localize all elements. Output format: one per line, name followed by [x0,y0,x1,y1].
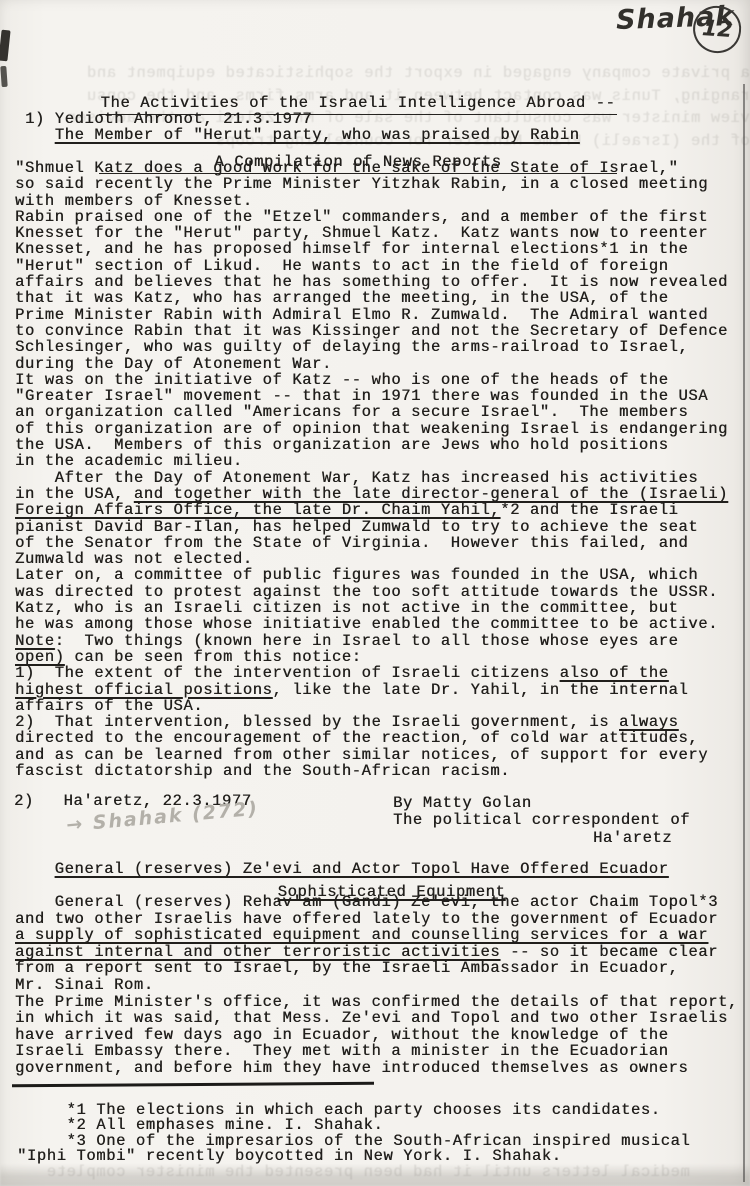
scan-edge-artifact [0,66,7,87]
typed-line: he was among those whose initiative enab… [15,616,728,632]
typed-line: 1) The extent of the intervention of Isr… [15,665,728,681]
typed-line: directed to the encouragement of the rea… [15,730,728,746]
typed-line: "Shmuel Katz does a good work for the sa… [15,160,728,176]
scan-edge-artifact [0,30,11,62]
typed-line: an organization called "Americans for a … [15,404,728,420]
typed-line: of this organization are of opinion that… [15,421,728,437]
typed-line: 2) That intervention, blessed by the Isr… [15,714,728,730]
typed-line: to convince Rabin that it was Kissinger … [15,323,728,339]
article-1-body: "Shmuel Katz does a good work for the sa… [15,160,728,779]
typed-line: General (reserves) Rehav'am (Gandi) Ze'e… [15,894,738,911]
typed-line: open) can be seen from this notice: [15,649,728,665]
typed-line: The Member of "Herut" party, who was pra… [25,127,580,143]
typed-line: that it was Katz, who has arranged the m… [15,290,728,306]
article-1-header: 1) Yedioth Ahronot, 21.3.1977 The Member… [25,111,580,143]
typed-line: affairs of the USA. [15,698,728,714]
typed-line: Schlesinger, who was guilty of delaying … [15,339,728,355]
typed-line: Rabin praised one of the "Etzel" command… [15,209,728,225]
typed-line: "Iphi Tombi" recently boycotted in New Y… [17,1149,690,1164]
typed-line: so said recently the Prime Minister Yitz… [15,176,728,192]
byline-role: The political correspondent of [393,811,690,829]
typed-line: in the USA, and together with the late d… [15,486,728,502]
typed-line: Prime Minister Rabin with Admiral Elmo R… [15,307,728,323]
typed-line: a supply of sophisticated equipment and … [15,927,738,944]
typed-line: After the Day of Atonement War, Katz has… [15,470,728,486]
typed-line: government, and before him they have int… [15,1060,738,1077]
footnotes: *1 The elections in which each party cho… [17,1103,690,1164]
typed-line: with members of Knesset. [15,193,728,209]
typed-line: Knesset, and he has proposed himself for… [15,241,728,257]
typed-line: affairs and believes that he has somethi… [15,274,728,290]
typed-line: It was on the initiative of Katz -- who … [15,372,728,388]
typed-line: Zumwald was not elected. [15,551,728,567]
typed-line: "Greater Israel" movement -- that in 197… [15,388,728,404]
byline-author: By Matty Golan [393,794,532,812]
typed-line: fascist dictatorship and the South-Afric… [15,763,728,779]
document-page: a private company engaged in export the … [0,0,750,1186]
typed-line: Knesset for the "Herut" party, Shmuel Ka… [15,225,728,241]
typed-line: 1) Yedioth Ahronot, 21.3.1977 [25,111,580,127]
typed-line: "Herut" section of Likud. He wants to ac… [15,258,728,274]
typed-line: and two other Israelis have offered late… [15,911,738,928]
typed-line: was directed to protest against the too … [15,584,728,600]
typed-line: from a report sent to Israel, by the Isr… [15,960,738,977]
typed-line: Katz, who is an Israeli citizen is not a… [15,600,728,616]
typed-line: Israeli Embassy there. They met with a m… [15,1043,738,1060]
typed-line: highest official positions, like the lat… [15,682,728,698]
typed-line: pianist David Bar-Ilan, has helped Zumwa… [15,519,728,535]
typed-line: the USA. Members of this organization ar… [15,437,728,453]
footnote-separator [12,1082,374,1087]
typed-line: and as can be learned from other similar… [15,747,728,763]
typed-line: The Prime Minister's office, it was conf… [15,994,738,1011]
typed-line: in the academic milieu. [15,453,728,469]
typed-line: of the Senator from the State of Virgini… [15,535,728,551]
typed-line: in which it was said, that Mess. Ze'evi … [15,1010,738,1027]
bleed-through-artifact: medical letters until it had been presen… [70,1163,690,1181]
scan-edge-artifact [743,84,745,1182]
typed-line: against internal and other terroristic a… [15,944,738,961]
typed-line: Note: Two things (known here in Israel t… [15,633,728,649]
typed-line: during the Day of Atonement War. [15,356,728,372]
typed-line: Mr. Sinai Rom. [15,977,738,994]
article-2-body: General (reserves) Rehav'am (Gandi) Ze'e… [15,894,738,1077]
typed-line: Foreign Affairs Office, the late Dr. Cha… [15,502,728,518]
circled-page-number: 12 [701,16,733,43]
typed-line: Later on, a committee of public figures … [15,567,728,583]
typed-line: have arrived few days ago in Ecuador, wi… [15,1027,738,1044]
